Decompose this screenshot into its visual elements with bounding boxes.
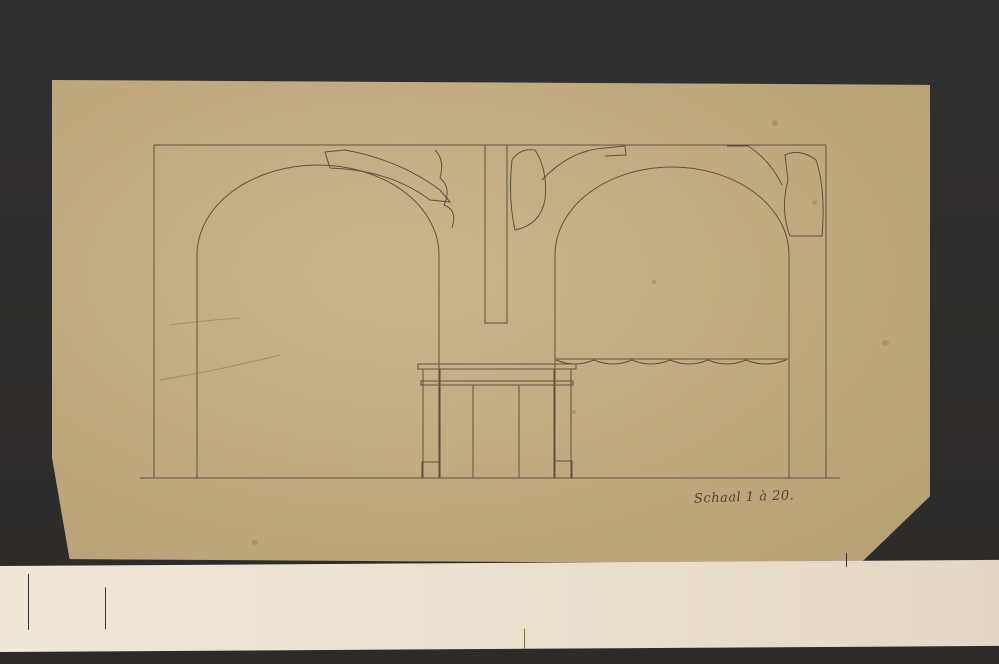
right-banderole bbox=[727, 146, 782, 185]
registration-mark bbox=[524, 629, 525, 649]
door-lintel bbox=[418, 364, 576, 369]
door-capital bbox=[421, 381, 573, 385]
left-banderole bbox=[325, 150, 450, 202]
registration-mark bbox=[28, 574, 29, 630]
center-banderole bbox=[542, 146, 626, 180]
center-angel-figure bbox=[511, 150, 546, 230]
registration-mark bbox=[105, 587, 106, 629]
valance bbox=[556, 359, 788, 364]
right-arch bbox=[555, 167, 789, 478]
right-angel-figure bbox=[784, 152, 823, 236]
mounting-card bbox=[0, 560, 999, 652]
left-arch bbox=[197, 165, 439, 478]
registration-mark bbox=[846, 553, 847, 567]
right-plinth bbox=[554, 461, 572, 478]
central-pilaster bbox=[485, 145, 507, 323]
left-plinth bbox=[422, 462, 440, 478]
